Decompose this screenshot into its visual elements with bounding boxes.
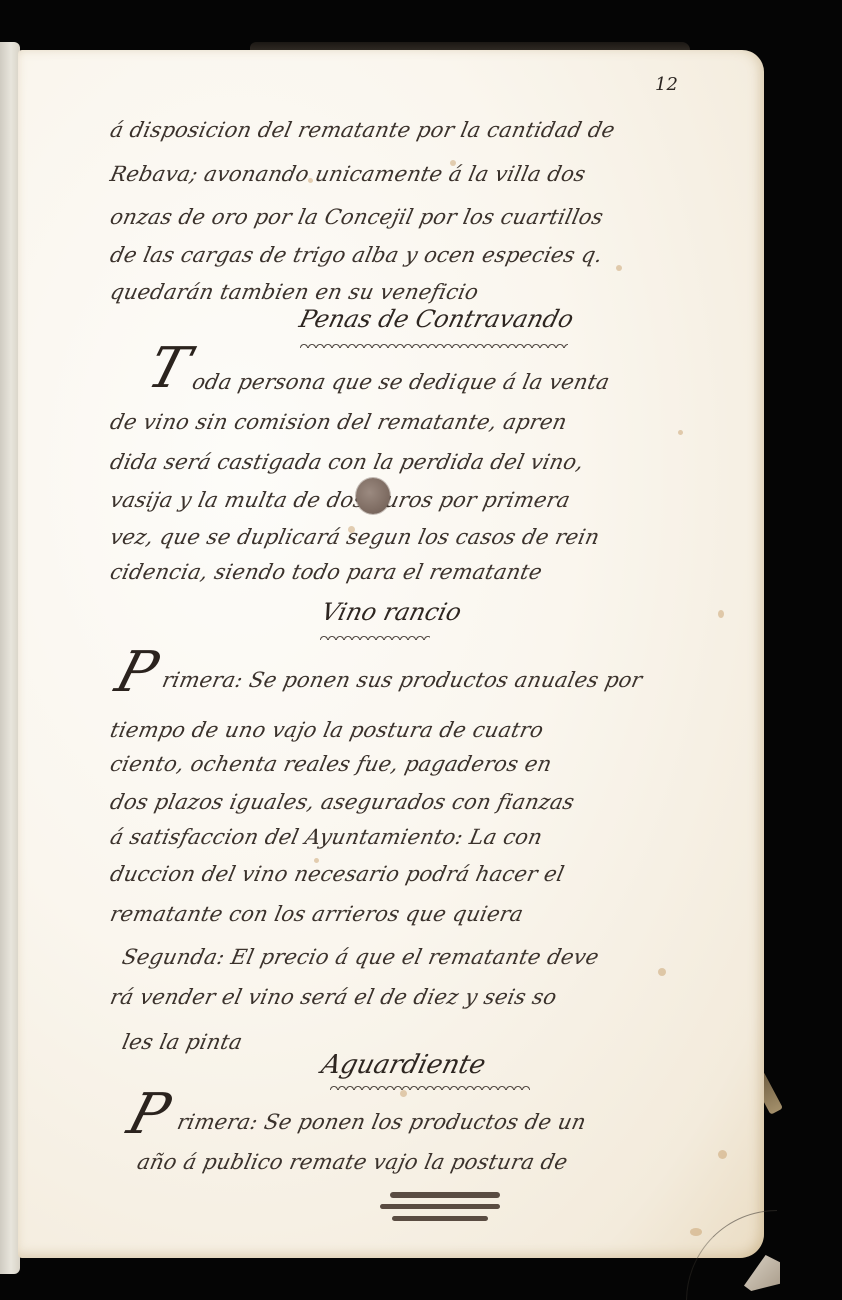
text-line: dos plazos iguales, asegurados con fianz… — [108, 790, 713, 814]
section-heading: Vino rancio — [319, 598, 465, 626]
text-line: duccion del vino necesario podrá hacer e… — [108, 862, 713, 886]
text-line: Segunda: El precio á que el rematante de… — [120, 945, 725, 969]
text-line: ciento, ochenta reales fue, pagaderos en — [108, 752, 713, 776]
text-line: vasija y la multa de dos duros por prime… — [108, 488, 713, 512]
text-line: de las cargas de trigo alba y ocen espec… — [108, 243, 713, 267]
foxing-spot — [718, 610, 724, 618]
text-line: rá vender el vino será el de diez y seis… — [108, 985, 713, 1009]
page-number: 12 — [655, 74, 678, 95]
text-line: dida será castigada con la perdida del v… — [108, 450, 713, 474]
text-line: cidencia, siendo todo para el rematante — [108, 560, 713, 584]
text-line: á disposicion del rematante por la canti… — [108, 118, 713, 142]
section-heading: Penas de Contravando — [297, 305, 577, 333]
text-line: rematante con los arrieros que quiera — [108, 902, 713, 926]
text-line: Rebava; avonando unicamente á la villa d… — [108, 162, 713, 186]
foxing-spot — [400, 1090, 407, 1097]
text-line: año á publico remate vajo la postura de — [135, 1150, 740, 1174]
text-line: á satisfaccion del Ayuntamiento: La con — [108, 825, 713, 849]
text-line: oda persona que se dedique á la venta — [190, 370, 715, 394]
heading-flourish — [320, 632, 430, 640]
text-line: tiempo de uno vajo la postura de cuatro — [108, 718, 713, 742]
text-line: quedarán tambien en su veneficio — [108, 280, 713, 304]
text-line: onzas de oro por la Concejil por los cua… — [108, 205, 713, 229]
wax-seal-stamp — [356, 478, 390, 514]
foxing-spot — [690, 1228, 702, 1236]
facing-page-edge — [0, 42, 20, 1274]
text-line: rimera: Se ponen sus productos anuales p… — [160, 668, 715, 692]
heading-flourish — [300, 340, 568, 348]
foxing-spot — [658, 968, 666, 976]
closing-flourish-mark — [370, 1188, 510, 1228]
heading-flourish — [330, 1082, 530, 1090]
text-line: de vino sin comision del rematante, apre… — [108, 410, 713, 434]
text-line: rimera: Se ponen los productos de un — [175, 1110, 700, 1134]
section-heading: Aguardiente — [318, 1050, 489, 1080]
text-line: vez, que se duplicará segun los casos de… — [108, 525, 713, 549]
